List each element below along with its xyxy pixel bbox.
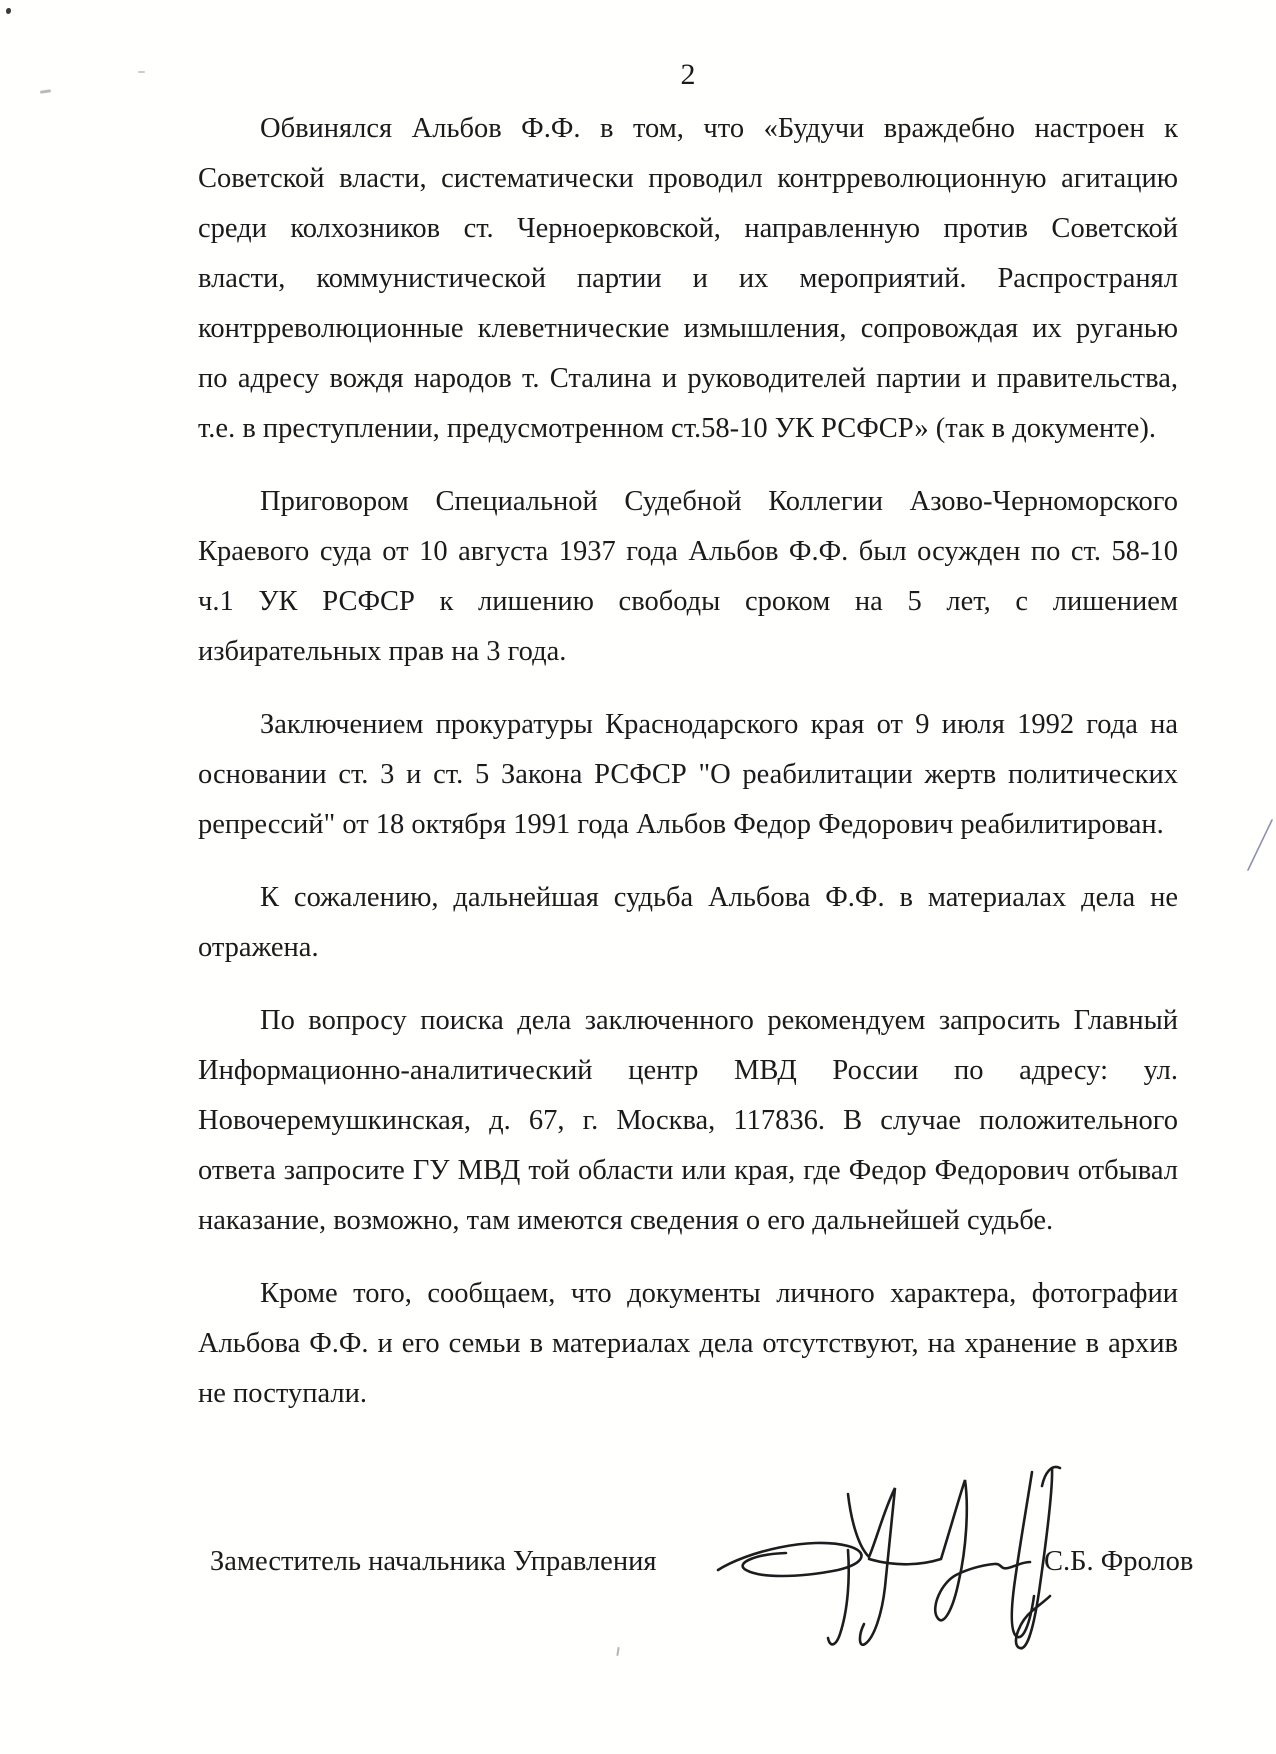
text-line: среди колхозников ст. Черноерковской, на… bbox=[198, 204, 1178, 254]
handwritten-signature-icon bbox=[698, 1458, 1070, 1663]
paragraph: К сожалению, дальнейшая судьба Альбова Ф… bbox=[198, 873, 1178, 973]
scan-speck bbox=[6, 8, 11, 14]
text-line: по адресу вождя народов т. Сталина и рук… bbox=[198, 354, 1178, 404]
text-line: отражена. bbox=[198, 923, 1178, 973]
text-line: Приговором Специальной Судебной Коллегии… bbox=[198, 477, 1178, 527]
text-line: По вопросу поиска дела заключенного реко… bbox=[198, 996, 1178, 1046]
text-line: К сожалению, дальнейшая судьба Альбова Ф… bbox=[198, 873, 1178, 923]
signoff-title: Заместитель начальника Управления bbox=[210, 1537, 656, 1587]
document-page: 2 Обвинялся Альбов Ф.Ф. в том, что «Буду… bbox=[0, 0, 1276, 1754]
text-line: основании ст. 3 и ст. 5 Закона РСФСР "О … bbox=[198, 750, 1178, 800]
text-line: Советской власти, систематически проводи… bbox=[198, 154, 1178, 204]
text-line: Заключением прокуратуры Краснодарского к… bbox=[198, 700, 1178, 750]
text-line: наказание, возможно, там имеются сведени… bbox=[198, 1196, 1178, 1246]
text-line: репрессий" от 18 октября 1991 года Альбо… bbox=[198, 800, 1178, 850]
scan-speck bbox=[138, 71, 145, 73]
text-line: Обвинялся Альбов Ф.Ф. в том, что «Будучи… bbox=[198, 104, 1178, 154]
scan-speck bbox=[40, 89, 51, 94]
signoff-name: С.Б. Фролов bbox=[1044, 1537, 1193, 1587]
text-line: Альбова Ф.Ф. и его семьи в материалах де… bbox=[198, 1319, 1178, 1369]
paragraph: Приговором Специальной Судебной Коллегии… bbox=[198, 477, 1178, 677]
text-line: не поступали. bbox=[198, 1369, 1178, 1419]
scan-speck bbox=[616, 1647, 619, 1656]
page-number: 2 bbox=[198, 50, 1178, 100]
text-line: Новочеремушкинская, д. 67, г. Москва, 11… bbox=[198, 1096, 1178, 1146]
text-column: Обвинялся Альбов Ф.Ф. в том, что «Будучи… bbox=[198, 104, 1178, 1419]
pen-slash-mark bbox=[1238, 812, 1276, 878]
text-line: Информационно-аналитический центр МВД Ро… bbox=[198, 1046, 1178, 1096]
paragraph: Кроме того, сообщаем, что документы личн… bbox=[198, 1269, 1178, 1419]
text-line: ответа запросите ГУ МВД той области или … bbox=[198, 1146, 1178, 1196]
paragraph: Обвинялся Альбов Ф.Ф. в том, что «Будучи… bbox=[198, 104, 1178, 454]
text-line: власти, коммунистической партии и их мер… bbox=[198, 254, 1178, 304]
text-line: т.е. в преступлении, предусмотренном ст.… bbox=[198, 404, 1178, 454]
paragraph: Заключением прокуратуры Краснодарского к… bbox=[198, 700, 1178, 850]
text-line: избирательных прав на 3 года. bbox=[198, 627, 1178, 677]
text-line: Краевого суда от 10 августа 1937 года Ал… bbox=[198, 527, 1178, 577]
text-line: ч.1 УК РСФСР к лишению свободы сроком на… bbox=[198, 577, 1178, 627]
paragraph: По вопросу поиска дела заключенного реко… bbox=[198, 996, 1178, 1246]
text-line: контрреволюционные клеветнические измышл… bbox=[198, 304, 1178, 354]
text-line: Кроме того, сообщаем, что документы личн… bbox=[198, 1269, 1178, 1319]
